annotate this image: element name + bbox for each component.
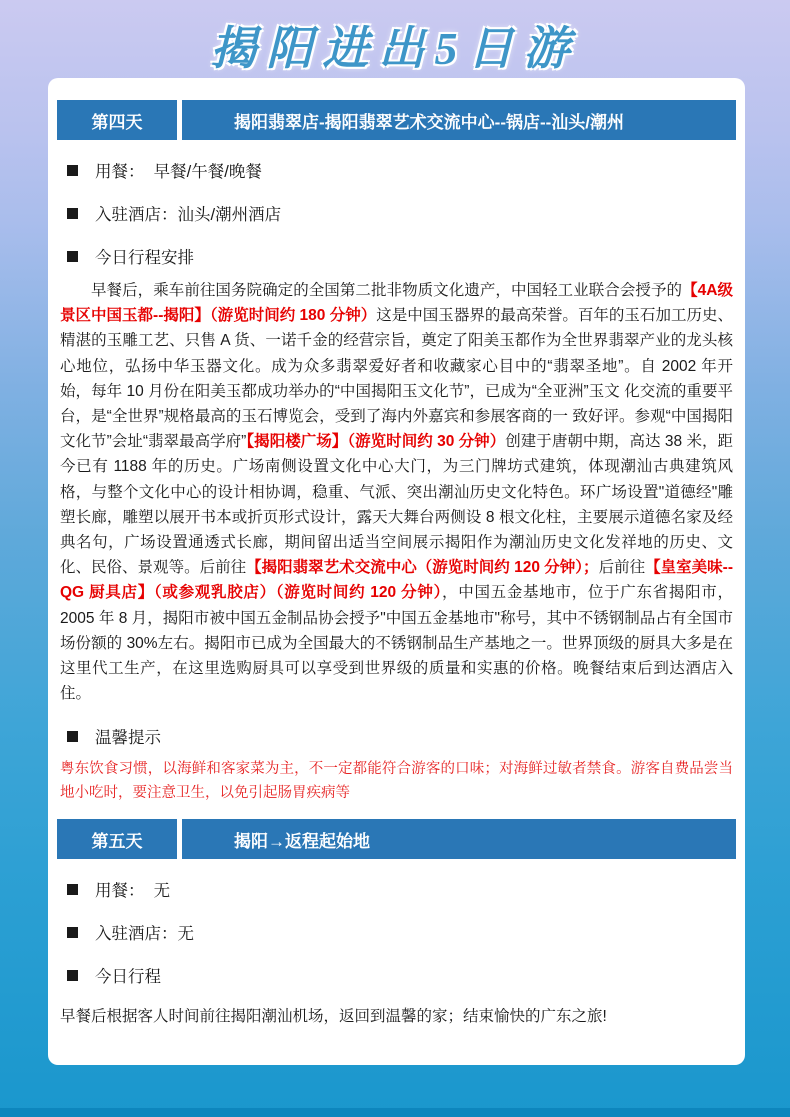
day4-hotel-row: 入驻酒店：汕头/潮州酒店 [67,200,736,226]
bullet-square-icon [67,731,78,742]
day5-schedule-row: 今日行程 [67,962,736,988]
body-text: 创建于唐朝中期，高达 38 米，距今已有 1188 年的历史。广场南侧设置文化中… [60,433,733,576]
day5-header: 第五天 揭阳→返程起始地 [57,819,736,859]
day4-hotel-text: 入驻酒店：汕头/潮州酒店 [95,201,281,225]
day4-schedule-row: 今日行程安排 [67,243,736,269]
highlight-text: 【揭阳翡翠艺术交流中心（游览时间约 120 分钟）； [246,559,598,576]
bullet-square-icon [67,927,78,938]
day5-hotel-text: 入驻酒店：无 [95,920,194,944]
body-text: ，中国五金基地市，位于广东省揭阳市，2005 年 8 月，揭阳市被中国五金制品协… [60,584,733,702]
day4-tips-text: 粤东饮食习惯，以海鲜和客家菜为主，不一定都能符合游客的口味；对海鲜过敏者禁食。游… [60,757,733,805]
bullet-square-icon [67,970,78,981]
page-title: 揭阳进出5日游 [0,12,790,78]
day4-route: 揭阳翡翠店-揭阳翡翠艺术交流中心--锅店--汕头/潮州 [182,100,736,140]
day5-hotel-row: 入驻酒店：无 [67,919,736,945]
day4-itinerary-paragraph: 早餐后，乘车前往国务院确定的全国第二批非物质文化遗产，中国轻工业联合会授予的【4… [60,278,733,706]
day4-meal-row: 用餐： 早餐/午餐/晚餐 [67,157,736,183]
day4-label: 第四天 [57,100,177,140]
bullet-square-icon [67,251,78,262]
day4-tips-row: 温馨提示 [67,723,736,749]
day5-meal-row: 用餐： 无 [67,876,736,902]
day5-schedule-title: 今日行程 [95,963,161,987]
bullet-square-icon [67,208,78,219]
day5-label: 第五天 [57,819,177,859]
itinerary-page: 揭阳进出5日游 第四天 揭阳翡翠店-揭阳翡翠艺术交流中心--锅店--汕头/潮州 … [0,0,790,1117]
day5-route: 揭阳→返程起始地 [182,819,736,859]
day4-tips-title: 温馨提示 [95,724,161,748]
footer-strip [0,1108,790,1117]
highlight-text: 【揭阳楼广场】（游览时间约 30 分钟） [246,433,505,450]
body-text: 早餐后，乘车前往国务院确定的全国第二批非物质文化遗产，中国轻工业联合会授予的 [91,282,682,299]
bullet-square-icon [67,884,78,895]
content-sheet: 第四天 揭阳翡翠店-揭阳翡翠艺术交流中心--锅店--汕头/潮州 用餐： 早餐/午… [48,78,745,1065]
bullet-square-icon [67,165,78,176]
day5-itinerary-paragraph: 早餐后根据客人时间前往揭阳潮汕机场，返回到温馨的家；结束愉快的广东之旅! [60,1004,733,1029]
day5-meal-text: 用餐： 无 [95,877,170,901]
body-text: 后前往 [599,559,646,576]
day4-schedule-title: 今日行程安排 [95,244,194,268]
day4-meal-text: 用餐： 早餐/午餐/晚餐 [95,158,262,182]
day4-header: 第四天 揭阳翡翠店-揭阳翡翠艺术交流中心--锅店--汕头/潮州 [57,100,736,140]
body-text: 这是中国玉器界的最高荣誉。百年的玉石加工历史、 精湛的玉雕工艺、只售 A 货、一… [60,307,733,450]
